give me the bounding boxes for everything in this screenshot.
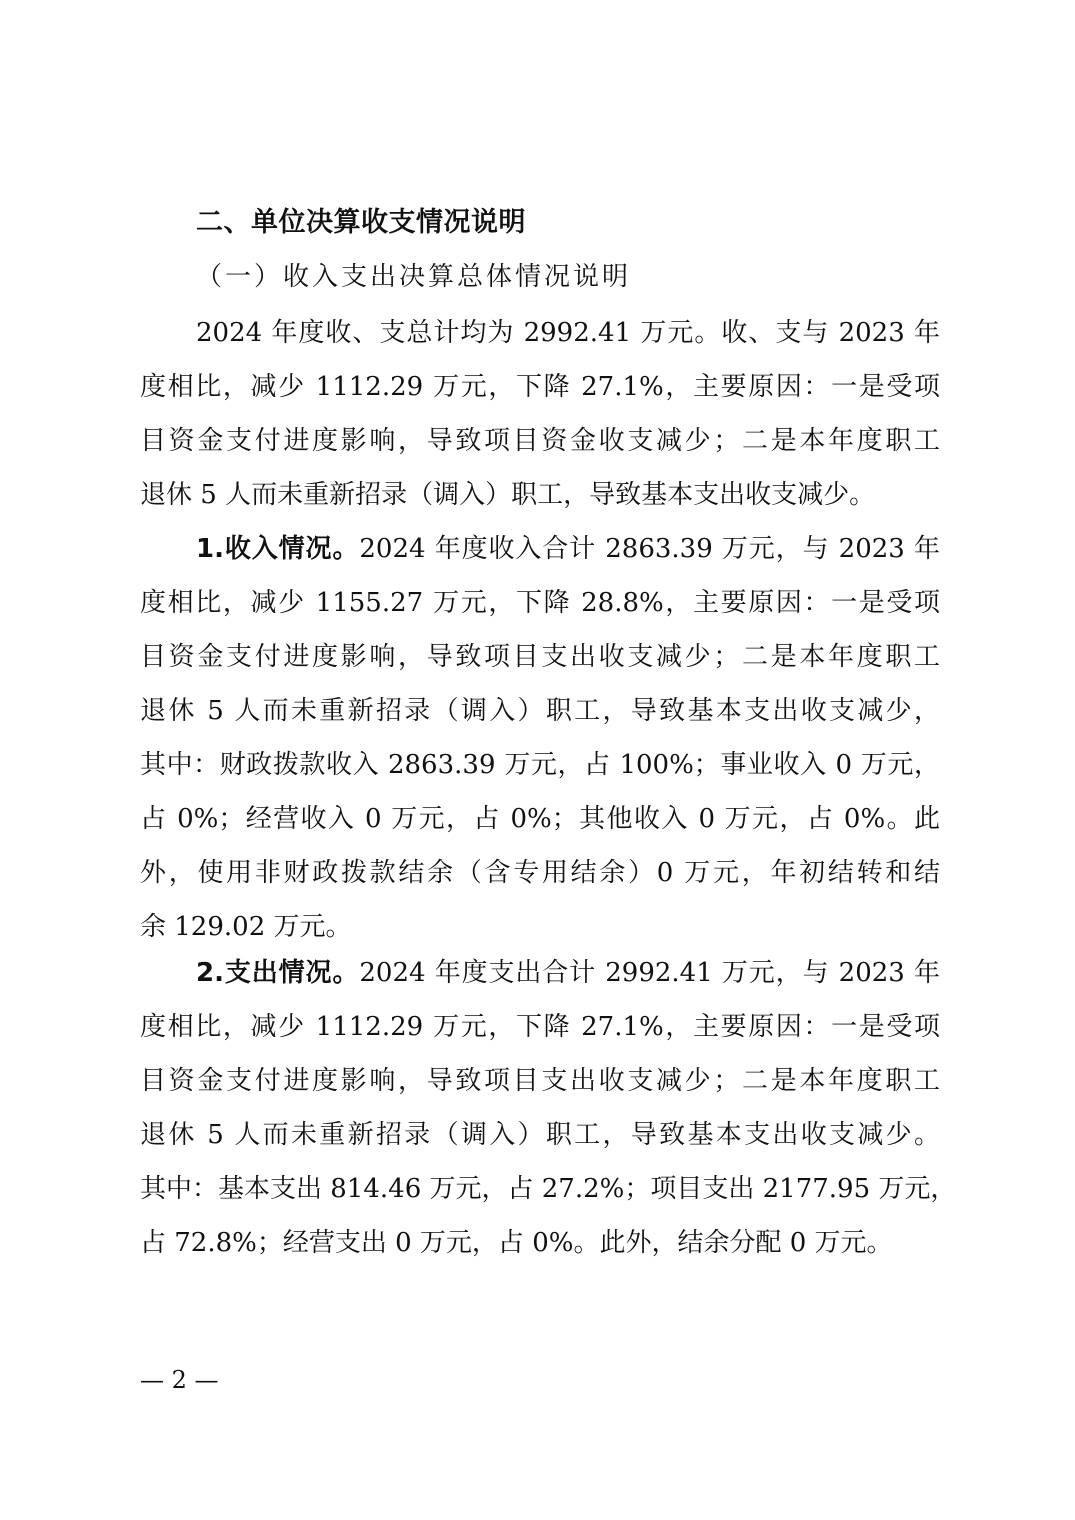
page-number: — 2 —	[140, 1366, 219, 1394]
expenditure-line: 其中：基本支出 814.46 万元，占 27.2%；项目支出 2177.95 万…	[140, 1162, 940, 1216]
expenditure-paragraph: 2.支出情况。2024 年度支出合计 2992.41 万元，与 2023 年 度…	[140, 946, 940, 1270]
overview-line: 目资金支付进度影响，导致项目资金收支减少；二是本年度职工	[140, 414, 940, 468]
overview-line: 2024 年度收、支总计均为 2992.41 万元。收、支与 2023 年	[140, 306, 940, 360]
expenditure-line: 退休 5 人而未重新招录（调入）职工，导致基本支出收支减少。	[140, 1108, 940, 1162]
expenditure-label: 2.支出情况。	[196, 958, 359, 988]
income-line: 其中：财政拨款收入 2863.39 万元，占 100%；事业收入 0 万元，	[140, 738, 940, 792]
overview-paragraph: 2024 年度收、支总计均为 2992.41 万元。收、支与 2023 年 度相…	[140, 306, 940, 522]
income-label: 1.收入情况。	[196, 534, 359, 564]
income-line-text: 2024 年度收入合计 2863.39 万元，与 2023 年	[359, 534, 940, 564]
document-page: 二、单位决算收支情况说明 （一）收入支出决算总体情况说明 2024 年度收、支总…	[0, 0, 1075, 1520]
expenditure-line-text: 2024 年度支出合计 2992.41 万元，与 2023 年	[359, 958, 940, 988]
income-line: 占 0%；经营收入 0 万元，占 0%；其他收入 0 万元，占 0%。此	[140, 792, 940, 846]
expenditure-line: 度相比，减少 1112.29 万元，下降 27.1%，主要原因：一是受项	[140, 1000, 940, 1054]
income-line: 外，使用非财政拨款结余（含专用结余）0 万元，年初结转和结	[140, 846, 940, 900]
subsection-heading: （一）收入支出决算总体情况说明	[196, 256, 631, 293]
overview-line: 度相比，减少 1112.29 万元，下降 27.1%，主要原因：一是受项	[140, 360, 940, 414]
expenditure-line: 目资金支付进度影响，导致项目支出收支减少；二是本年度职工	[140, 1054, 940, 1108]
expenditure-line: 占 72.8%；经营支出 0 万元，占 0%。此外，结余分配 0 万元。	[140, 1216, 940, 1270]
income-line: 目资金支付进度影响，导致项目支出收支减少；二是本年度职工	[140, 630, 940, 684]
expenditure-first-line: 2.支出情况。2024 年度支出合计 2992.41 万元，与 2023 年	[140, 946, 940, 1000]
income-paragraph: 1.收入情况。2024 年度收入合计 2863.39 万元，与 2023 年 度…	[140, 522, 940, 954]
section-heading: 二、单位决算收支情况说明	[196, 200, 526, 239]
overview-line: 退休 5 人而未重新招录（调入）职工，导致基本支出收支减少。	[140, 468, 940, 522]
income-first-line: 1.收入情况。2024 年度收入合计 2863.39 万元，与 2023 年	[140, 522, 940, 576]
income-line: 度相比，减少 1155.27 万元，下降 28.8%，主要原因：一是受项	[140, 576, 940, 630]
income-line: 退休 5 人而未重新招录（调入）职工，导致基本支出收支减少，	[140, 684, 940, 738]
